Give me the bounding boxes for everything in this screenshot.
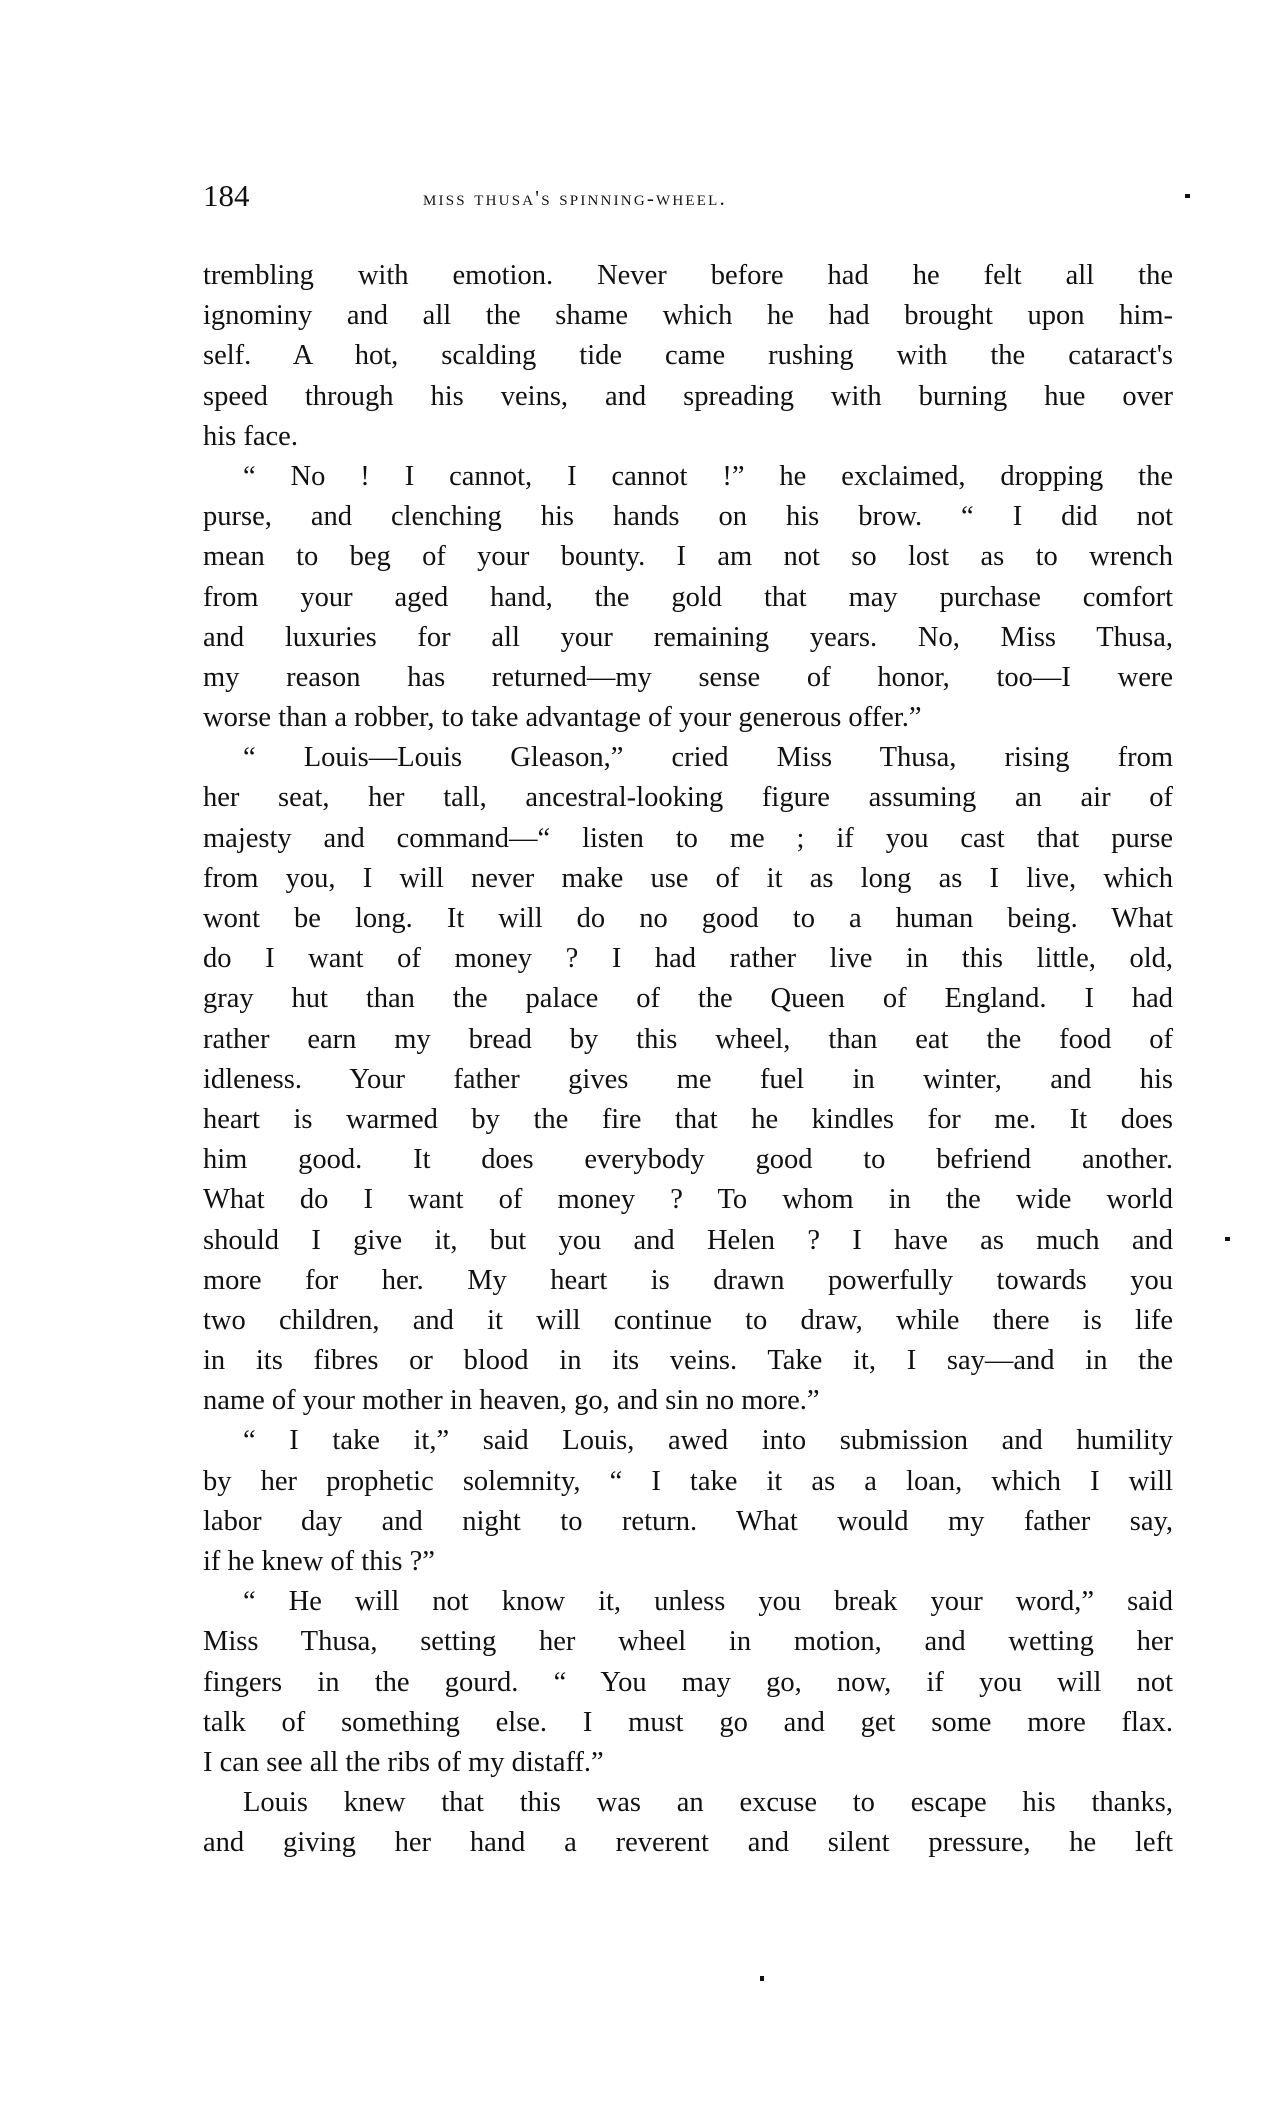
text-line: should I give it, but you and Helen ? I … (203, 1221, 1173, 1261)
text-line: his face. (203, 417, 1173, 457)
scan-speck (1225, 1237, 1230, 1241)
text-line: in its fibres or blood in its veins. Tak… (203, 1341, 1173, 1381)
text-line: idleness. Your father gives me fuel in w… (203, 1060, 1173, 1100)
page-number: 184 (203, 178, 250, 214)
text-line: name of your mother in heaven, go, and s… (203, 1381, 1173, 1421)
text-line: and luxuries for all your remaining year… (203, 618, 1173, 658)
body-text: trembling with emotion. Never before had… (203, 256, 1173, 1864)
text-line: “ I take it,” said Louis, awed into subm… (203, 1421, 1173, 1461)
text-line: rather earn my bread by this wheel, than… (203, 1020, 1173, 1060)
text-line: Louis knew that this was an excuse to es… (203, 1783, 1173, 1823)
text-line: from your aged hand, the gold that may p… (203, 578, 1173, 618)
text-line: What do I want of money ? To whom in the… (203, 1180, 1173, 1220)
scan-speck (1185, 194, 1190, 198)
text-line: “ He will not know it, unless you break … (203, 1582, 1173, 1622)
text-line: purse, and clenching his hands on his br… (203, 497, 1173, 537)
text-line: two children, and it will continue to dr… (203, 1301, 1173, 1341)
book-page: 184 MISS THUSA'S SPINNING-WHEEL. trembli… (0, 0, 1269, 2114)
text-line: mean to beg of your bounty. I am not so … (203, 537, 1173, 577)
text-line: and giving her hand a reverent and silen… (203, 1823, 1173, 1863)
text-line: I can see all the ribs of my distaff.” (203, 1743, 1173, 1783)
text-line: ignominy and all the shame which he had … (203, 296, 1173, 336)
text-line: fingers in the gourd. “ You may go, now,… (203, 1663, 1173, 1703)
text-line: her seat, her tall, ancestral-looking fi… (203, 778, 1173, 818)
text-line: wont be long. It will do no good to a hu… (203, 899, 1173, 939)
text-line: Miss Thusa, setting her wheel in motion,… (203, 1622, 1173, 1662)
text-line: majesty and command—“ listen to me ; if … (203, 819, 1173, 859)
text-line: worse than a robber, to take advantage o… (203, 698, 1173, 738)
text-line: him good. It does everybody good to befr… (203, 1140, 1173, 1180)
text-line: more for her. My heart is drawn powerful… (203, 1261, 1173, 1301)
text-line: “ No ! I cannot, I cannot !” he exclaime… (203, 457, 1173, 497)
text-line: labor day and night to return. What woul… (203, 1502, 1173, 1542)
text-line: self. A hot, scalding tide came rushing … (203, 336, 1173, 376)
scan-speck (760, 1976, 764, 1981)
text-line: do I want of money ? I had rather live i… (203, 939, 1173, 979)
running-title: MISS THUSA'S SPINNING-WHEEL. (423, 182, 727, 214)
text-line: trembling with emotion. Never before had… (203, 256, 1173, 296)
text-line: by her prophetic solemnity, “ I take it … (203, 1462, 1173, 1502)
text-line: “ Louis—Louis Gleason,” cried Miss Thusa… (203, 738, 1173, 778)
text-line: talk of something else. I must go and ge… (203, 1703, 1173, 1743)
text-line: my reason has returned—my sense of honor… (203, 658, 1173, 698)
text-line: heart is warmed by the fire that he kind… (203, 1100, 1173, 1140)
running-head: 184 MISS THUSA'S SPINNING-WHEEL. (203, 178, 1183, 214)
text-line: if he knew of this ?” (203, 1542, 1173, 1582)
text-line: gray hut than the palace of the Queen of… (203, 979, 1173, 1019)
text-line: speed through his veins, and spreading w… (203, 377, 1173, 417)
text-line: from you, I will never make use of it as… (203, 859, 1173, 899)
